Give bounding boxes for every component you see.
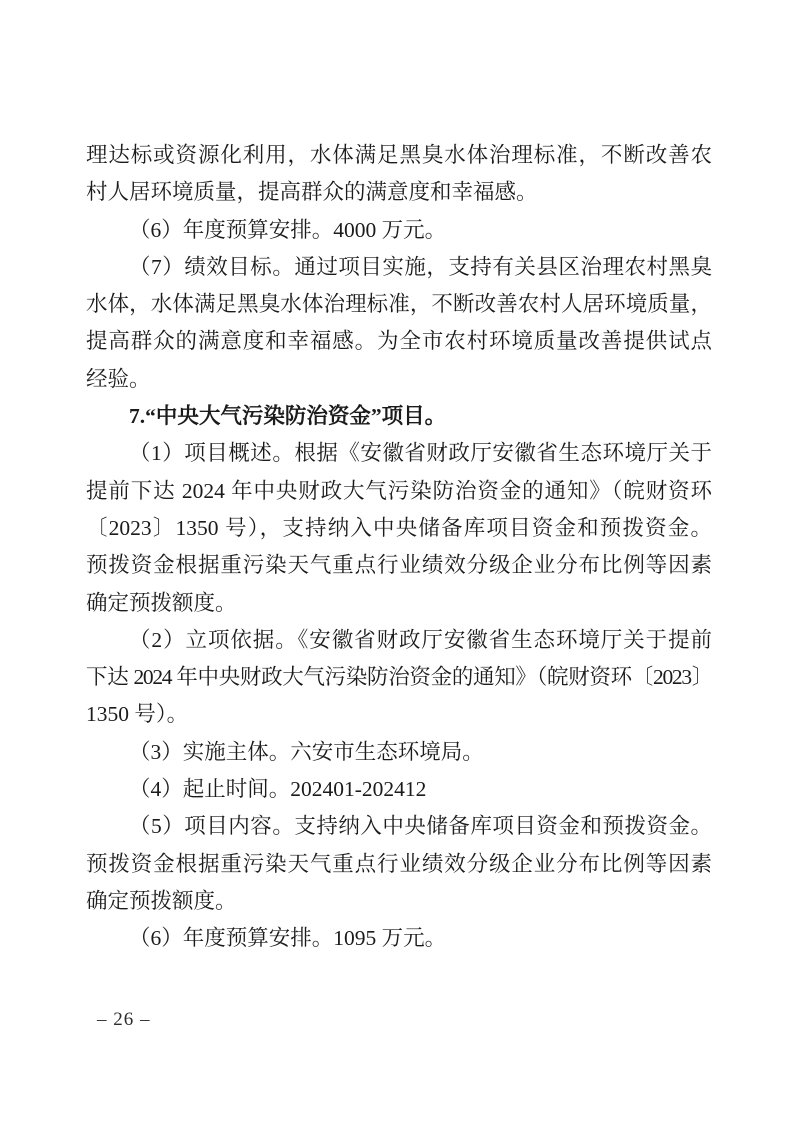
text-line: 提前下达 2024 年中央财政大气污染防治资金的通知》（皖财资环 [86,473,712,510]
text-line-item-1-overview: （1）项目概述。根据《安徽省财政厅安徽省生态环境厅关于 [86,435,712,472]
text-line: 理达标或资源化利用，水体满足黑臭水体治理标准，不断改善农 [86,137,712,174]
text-line: 提高群众的满意度和幸福感。为全市农村环境质量改善提供试点 [86,323,712,360]
text-line: 村人居环境质量，提高群众的满意度和幸福感。 [86,174,712,211]
text-line: 1350 号）。 [86,696,712,733]
text-line-item-4-timeframe: （4）起止时间。202401-202412 [86,771,712,808]
text-line: 预拨资金根据重污染天气重点行业绩效分级企业分布比例等因素 [86,846,712,883]
text-line: 下达 2024 年中央财政大气污染防治资金的通知》（皖财资环〔2023〕 [86,659,712,696]
page-number: – 26 – [97,1006,151,1034]
text-line: 确定预拨额度。 [86,883,712,920]
section-heading-7: 7.“中央大气污染防治资金”项目。 [86,398,712,435]
document-body: 理达标或资源化利用，水体满足黑臭水体治理标准，不断改善农 村人居环境质量，提高群… [86,137,712,958]
text-line: 水体，水体满足黑臭水体治理标准，不断改善农村人居环境质量， [86,286,712,323]
text-line: 经验。 [86,361,712,398]
text-line: 〔2023〕1350 号），支持纳入中央储备库项目资金和预拨资金。 [86,510,712,547]
text-line-item-5-content: （5）项目内容。支持纳入中央储备库项目资金和预拨资金。 [86,808,712,845]
text-line: 确定预拨额度。 [86,585,712,622]
text-line-item-2-basis: （2）立项依据。《安徽省财政厅安徽省生态环境厅关于提前 [86,622,712,659]
text-line: 预拨资金根据重污染天气重点行业绩效分级企业分布比例等因素 [86,547,712,584]
text-line-item-6-budget-2: （6）年度预算安排。1095 万元。 [86,920,712,957]
text-line-item-6-budget: （6）年度预算安排。4000 万元。 [86,212,712,249]
text-line-item-3-implementer: （3）实施主体。六安市生态环境局。 [86,734,712,771]
document-page: 理达标或资源化利用，水体满足黑臭水体治理标准，不断改善农 村人居环境质量，提高群… [0,0,793,1122]
text-line-item-7-performance: （7）绩效目标。通过项目实施，支持有关县区治理农村黑臭 [86,249,712,286]
